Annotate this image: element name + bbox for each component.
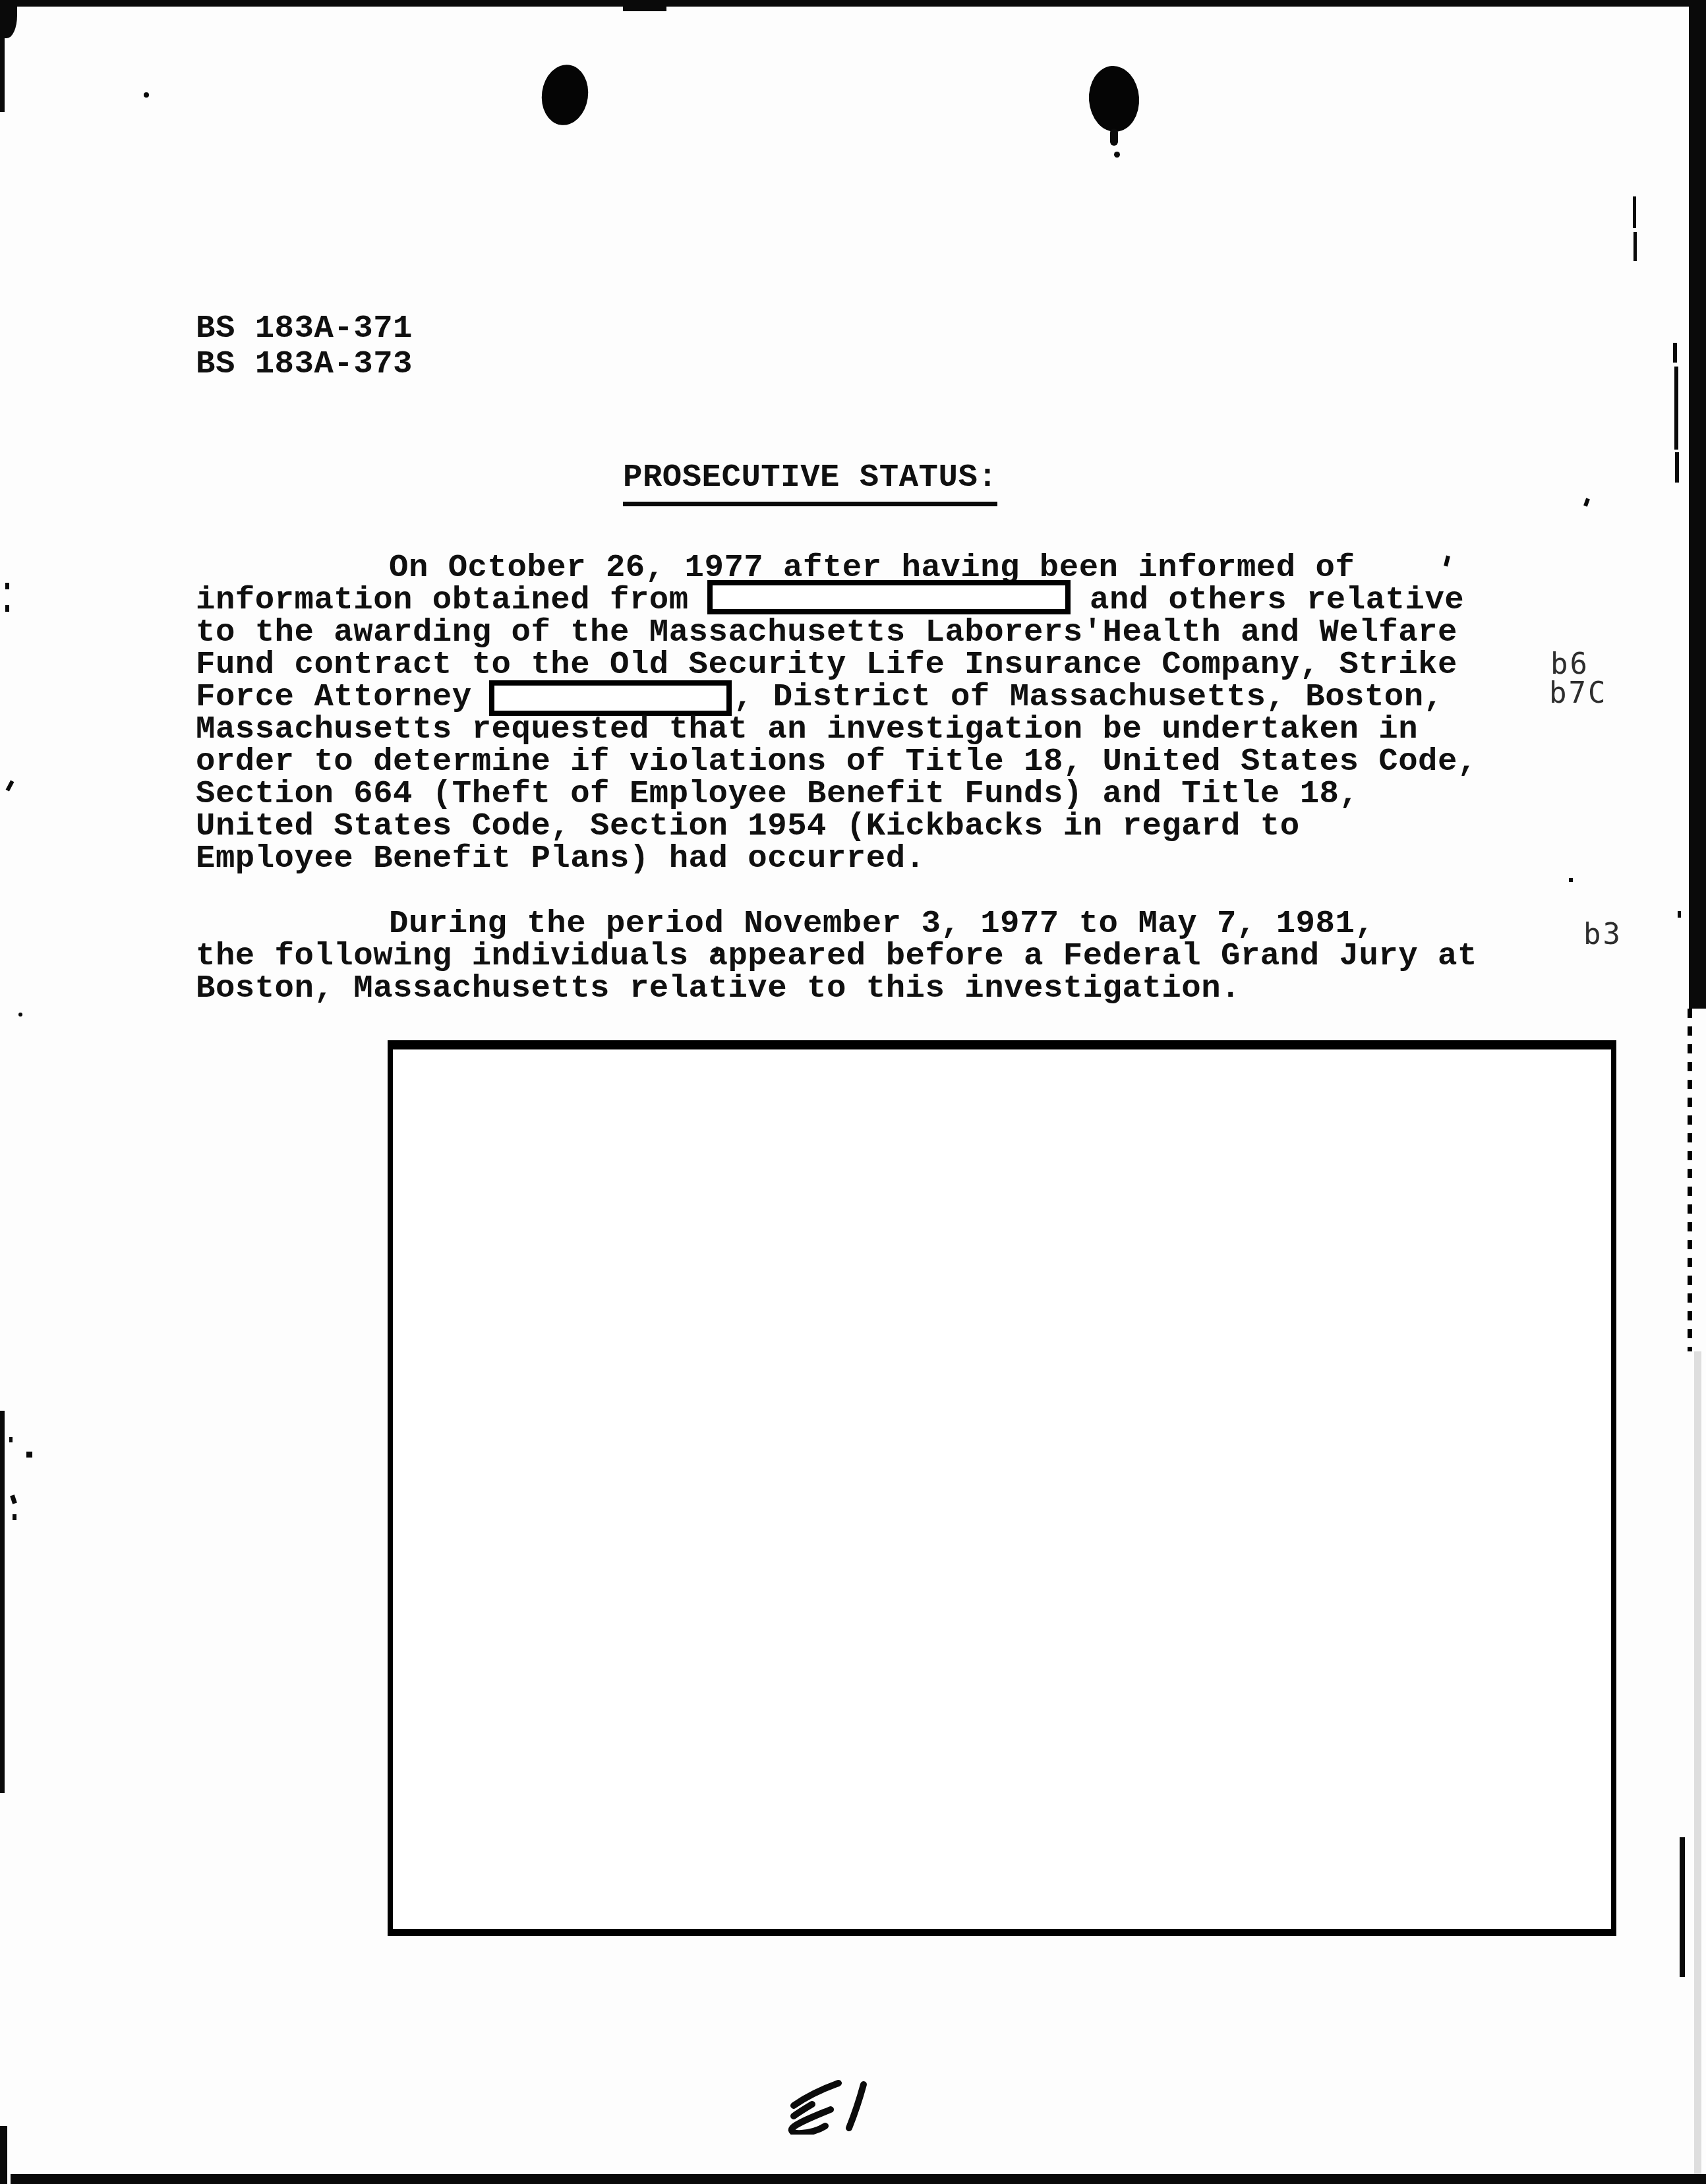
ink-speck (10, 1494, 17, 1504)
paragraph2-line3: Boston, Massachusetts relative to this i… (196, 972, 1241, 1005)
ink-speck (6, 781, 15, 792)
paragraph2-line2: the following individuals appeared befor… (196, 940, 1477, 972)
margin-dash (1675, 452, 1679, 483)
paragraph1-line5-after: , District of Massachusetts, Boston, (734, 681, 1444, 713)
scan-edge-left-segment (0, 1411, 5, 1793)
exemption-code-b3: b3 (1583, 920, 1622, 949)
case-number-line-1: BS 183A-371 (196, 312, 413, 345)
ink-speck (1444, 556, 1450, 567)
scanned-document-page: BS 183A-371 BS 183A-373 PROSECUTIVE STAT… (0, 0, 1706, 2184)
ink-speck (1678, 911, 1681, 918)
paragraph1-line2-before: information obtained from (196, 584, 689, 616)
scan-edge-top-lump (623, 5, 666, 11)
margin-dash (1633, 232, 1637, 261)
ink-speck (26, 1452, 32, 1458)
ink-speck (13, 1514, 16, 1520)
margin-dash (1633, 196, 1636, 228)
exemption-code-b6: b6 (1550, 650, 1589, 679)
paragraph2-line1: During the period November 3, 1977 to Ma… (389, 908, 1374, 940)
scan-edge-top (0, 0, 1706, 7)
ink-speck (144, 92, 149, 98)
paragraph1-line7: order to determine if violations of Titl… (196, 746, 1477, 778)
ink-speck (18, 1013, 22, 1017)
paragraph1-line1: On October 26, 1977 after having been in… (389, 552, 1355, 584)
paragraph1-line10: Employee Benefit Plans) had occurred. (196, 842, 925, 875)
paragraph1-line4: Fund contract to the Old Security Life I… (196, 649, 1457, 681)
paragraph1-line3: to the awarding of the Massachusetts Lab… (196, 616, 1457, 649)
scan-edge-left-segment (0, 0, 5, 112)
redaction-box-grand-jury-list (388, 1040, 1616, 1936)
exemption-code-b7c: b7C (1549, 679, 1607, 708)
ink-speck (9, 1437, 13, 1442)
paragraph1-line6: Massachusetts requested that an investig… (196, 713, 1418, 746)
scan-edge-left-segment (0, 2126, 7, 2184)
case-number-line-2: BS 183A-373 (196, 348, 413, 380)
paragraph1-line2-after: and others relative (1090, 584, 1464, 616)
ink-speck (1583, 498, 1590, 506)
ink-speck (1569, 878, 1573, 882)
scan-edge-right (1689, 0, 1706, 1009)
scan-scribble-right-lower (1680, 1837, 1685, 1977)
scan-scribble-right (1688, 1009, 1692, 1351)
margin-dash (1673, 343, 1677, 363)
scan-edge-bottom (11, 2174, 1706, 2184)
handwriting-strokes (778, 2075, 883, 2135)
paragraph1-line9: United States Code, Section 1954 (Kickba… (196, 810, 1300, 842)
ink-speck (5, 605, 9, 612)
ink-dot-right (1087, 64, 1142, 133)
paragraph1-line5-before: Force Attorney (196, 681, 472, 713)
page-title: PROSECUTIVE STATUS: (623, 461, 997, 506)
margin-dash (1674, 367, 1678, 450)
ink-dot-right-drip-speck (1114, 152, 1120, 158)
handwritten-label-e1 (778, 2075, 883, 2135)
paragraph1-line8: Section 664 (Theft of Employee Benefit F… (196, 778, 1359, 810)
redaction-box-informant (707, 580, 1071, 614)
scan-edge-right-faint (1694, 1351, 1701, 2175)
ink-dot-left (538, 62, 592, 129)
ink-dot-right-drip (1110, 129, 1118, 146)
ink-speck (5, 583, 9, 589)
